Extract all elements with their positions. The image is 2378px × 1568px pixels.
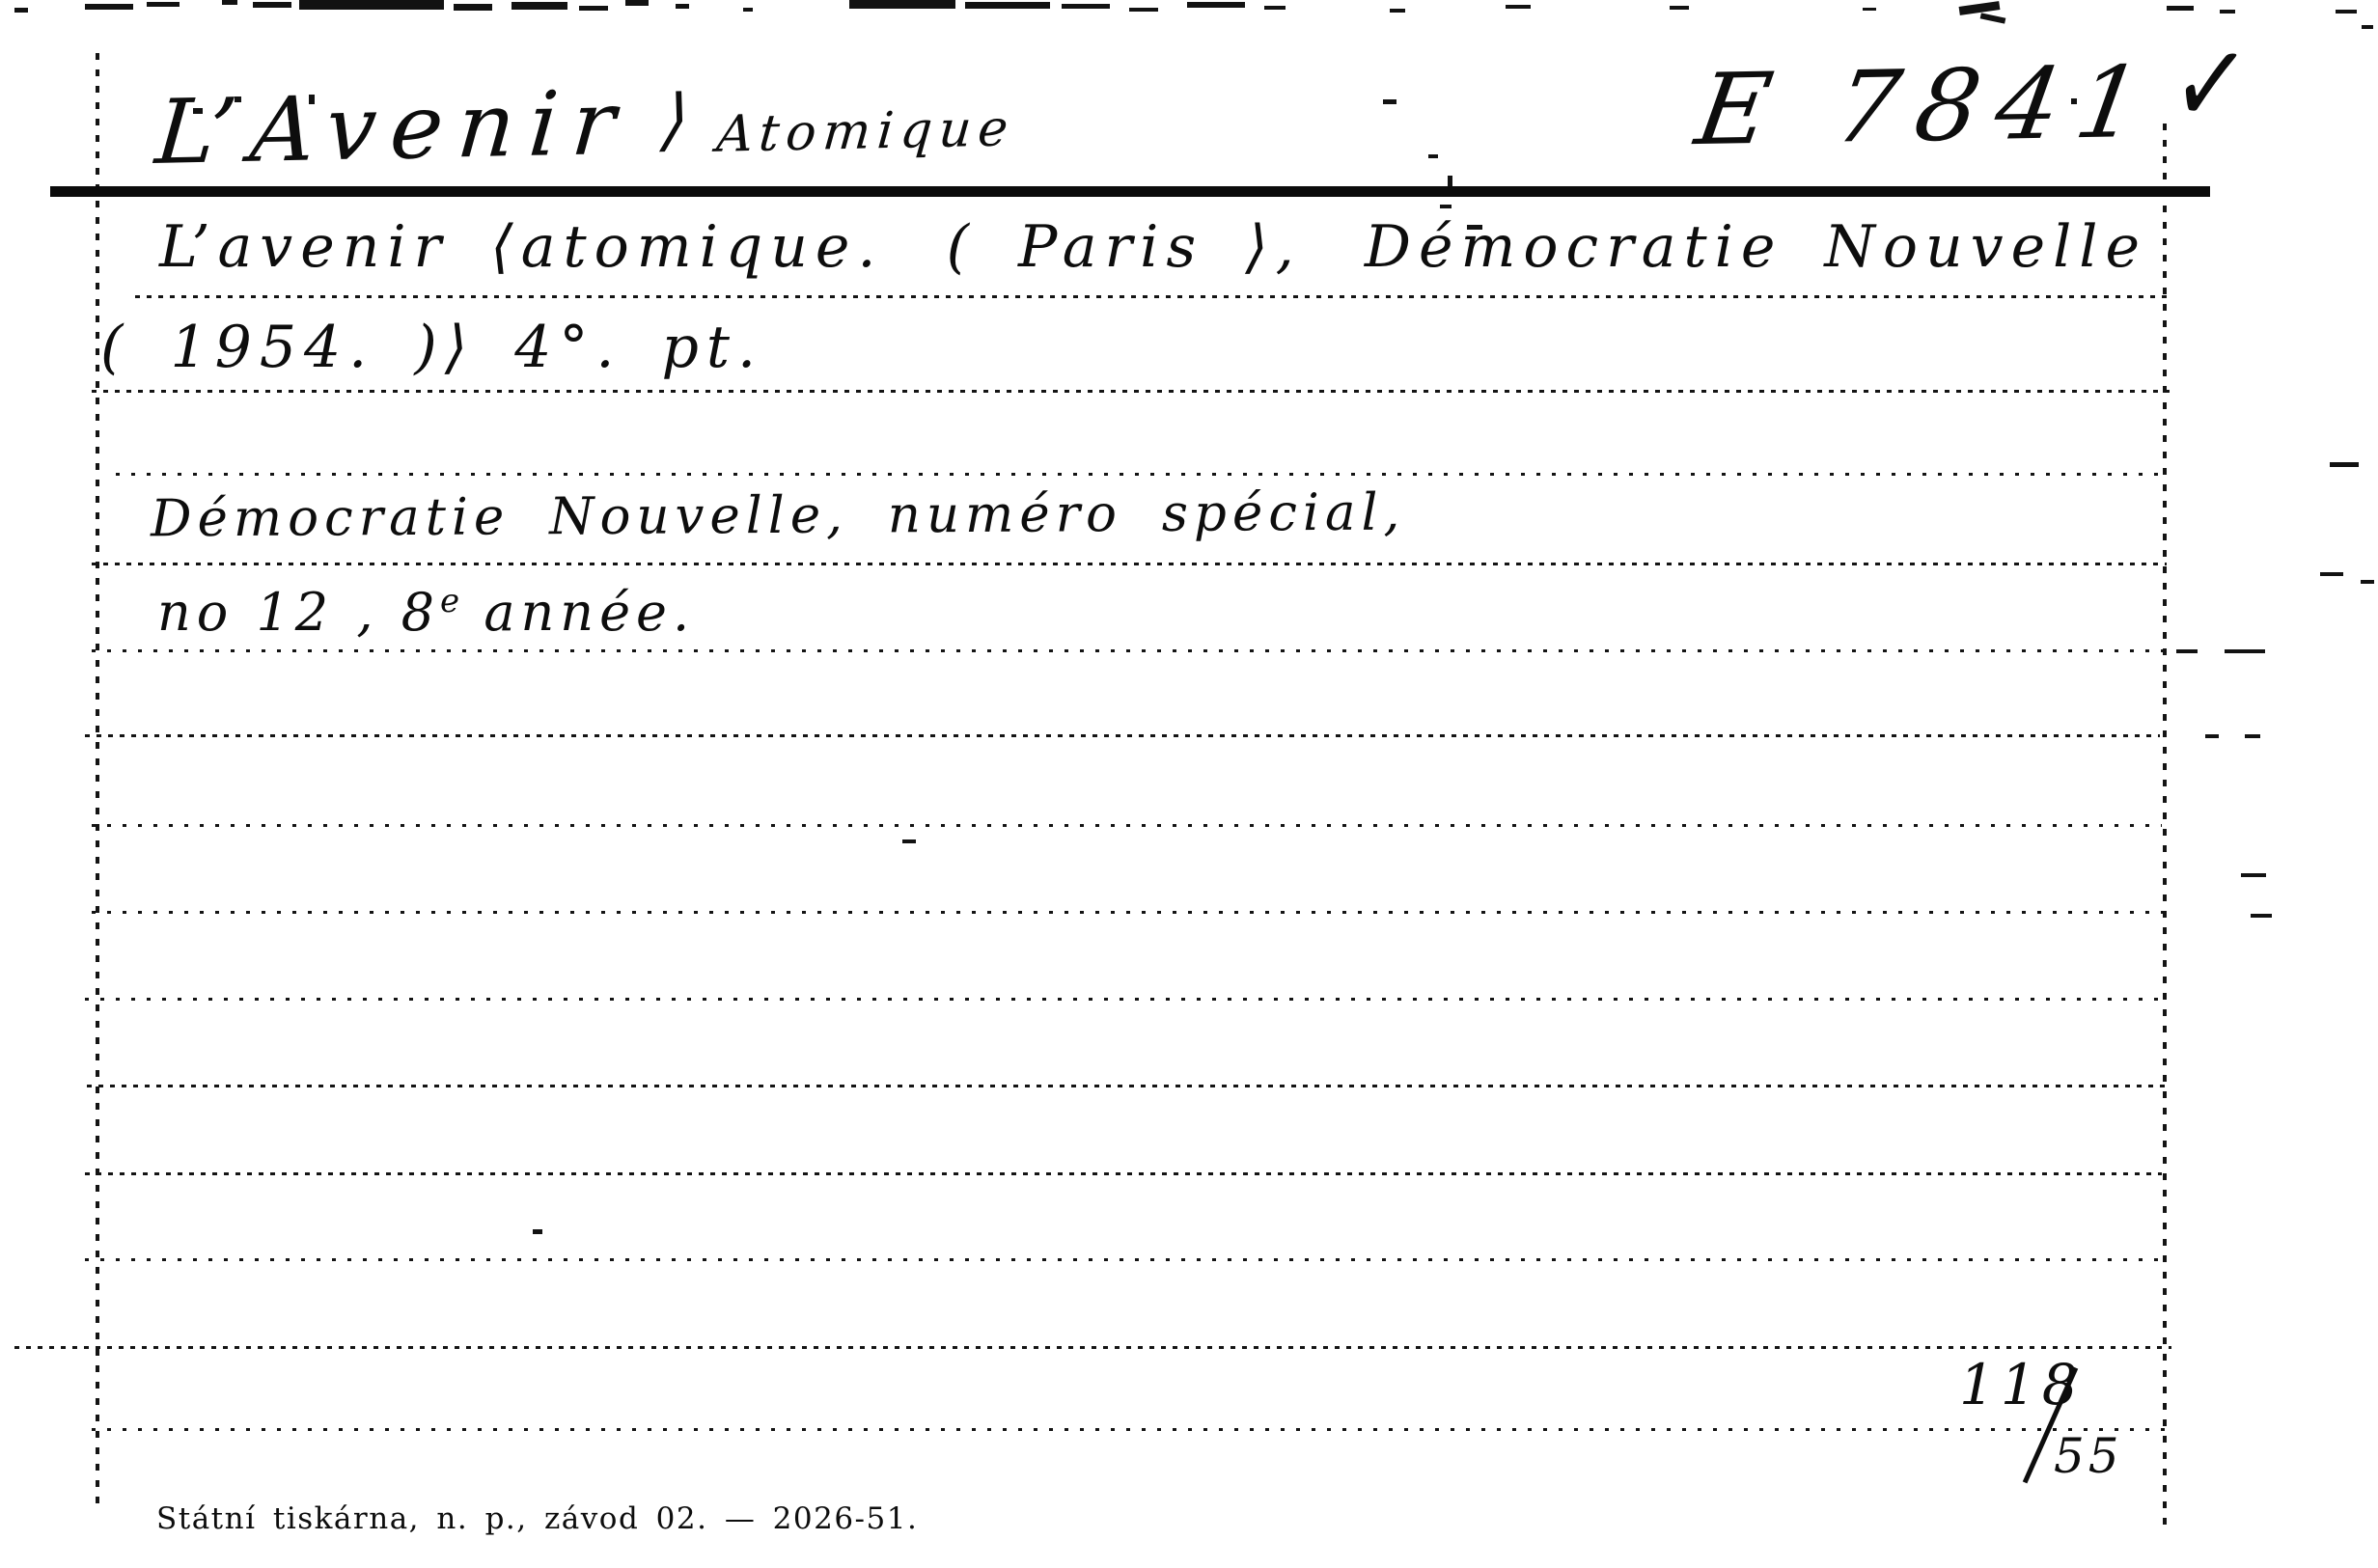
- heading-title: L’Avenir: [152, 71, 633, 184]
- entry-note-line: Démocratie Nouvelle, numéro spécial,: [151, 487, 1406, 545]
- scan-artifact: [85, 4, 133, 10]
- ruled-line: [85, 734, 2160, 737]
- ruled-line: [92, 911, 2167, 914]
- scan-artifact: [2362, 25, 2373, 29]
- ruled-line: [92, 824, 2162, 827]
- catalog-card-scan: L’Avenir⟩Atomique E 7841 ✓ L’avenir ⟨ato…: [0, 0, 2378, 1568]
- annotation-denominator: 55: [2054, 1432, 2123, 1480]
- scan-artifact: [2251, 914, 2272, 918]
- issue-text-tail: année.: [461, 582, 695, 643]
- scan-artifact: [676, 4, 689, 9]
- scan-artifact: [1187, 2, 1245, 8]
- scan-artifact: [625, 0, 649, 6]
- ruled-line-overrun: [2176, 649, 2198, 653]
- entry-line-title: L’avenir ⟨atomique. ( Paris ⟩, Démocrati…: [159, 218, 2147, 276]
- scan-artifact: [1670, 6, 1689, 10]
- scan-artifact: [1129, 8, 1158, 12]
- ruled-line-overrun: [2205, 734, 2219, 738]
- ruled-line: [92, 563, 2167, 565]
- scan-artifact: [2167, 6, 2194, 11]
- ruled-line: [85, 1172, 2162, 1175]
- ruled-line: [92, 390, 2176, 393]
- ruled-line: [92, 1428, 2167, 1431]
- scan-artifact: [533, 1229, 542, 1234]
- insertion-mark-icon: ⟩: [659, 79, 706, 159]
- scan-artifact: [1980, 13, 2006, 23]
- ruled-line: [85, 998, 2162, 1001]
- scan-artifact: [147, 2, 180, 7]
- scan-artifact: [2361, 580, 2374, 584]
- scan-artifact: [1062, 4, 1110, 9]
- scan-artifact: [2320, 572, 2343, 576]
- ruled-line: [85, 1258, 2167, 1261]
- scan-artifact: [743, 8, 753, 12]
- header-divider-rule: [50, 186, 2210, 197]
- ruled-line: [87, 1085, 2167, 1087]
- scan-artifact: [965, 2, 1050, 9]
- ruled-line: [92, 649, 2167, 652]
- scan-artifact: [14, 8, 28, 13]
- scan-artifact: [1506, 5, 1531, 9]
- right-margin-dotted-line: [2163, 124, 2167, 1534]
- entry-title-part: L’avenir ⟨atomique.: [159, 218, 883, 276]
- heading-title-addition: Atomique: [714, 99, 1016, 164]
- scan-artifact: [579, 6, 608, 11]
- scan-artifact: [902, 839, 916, 843]
- printer-imprint: Státní tiskárna, n. p., závod 02. — 2026…: [156, 1501, 918, 1536]
- scan-artifact: [1863, 8, 1876, 11]
- scan-artifact: [299, 0, 444, 10]
- issue-text: no 12 , 8: [157, 582, 440, 643]
- checkmark-icon: ✓: [2167, 23, 2254, 147]
- scan-artifact: [1959, 1, 2001, 15]
- scan-artifact: [1264, 6, 1286, 10]
- entry-issue-line: no 12 , 8e année.: [157, 585, 695, 639]
- left-margin-dotted-line: [96, 53, 99, 1505]
- scan-artifact: [512, 2, 567, 10]
- entry-publisher-part: Démocratie Nouvelle: [1365, 218, 2147, 276]
- ruled-line-overrun: [2225, 649, 2265, 653]
- card-heading: L’Avenir⟩Atomique: [152, 70, 1019, 178]
- scan-artifact: [1440, 205, 1452, 208]
- scan-artifact: [222, 0, 237, 5]
- scan-artifact: [849, 0, 955, 9]
- call-number: E 7841: [1690, 54, 2165, 160]
- scan-artifact: [1428, 154, 1438, 158]
- ruled-line: [135, 295, 2167, 298]
- scan-artifact: [253, 2, 291, 8]
- entry-line-year-format: ( 1954. )⟩ 4°. pt.: [100, 318, 763, 376]
- scan-artifact: [2336, 10, 2357, 14]
- scan-artifact: [2241, 873, 2266, 877]
- superscript-e: e: [440, 582, 461, 620]
- scan-artifact: [1390, 9, 1405, 13]
- ruled-line: [116, 473, 2170, 476]
- scan-artifact: [2220, 10, 2235, 14]
- ruled-line: [14, 1346, 2171, 1349]
- scan-artifact: [2330, 462, 2359, 467]
- scan-artifact: [454, 4, 492, 11]
- scan-artifact: [1383, 99, 1396, 104]
- entry-place-part: ( Paris ⟩,: [947, 218, 1302, 276]
- ruled-line-overrun: [2245, 734, 2260, 738]
